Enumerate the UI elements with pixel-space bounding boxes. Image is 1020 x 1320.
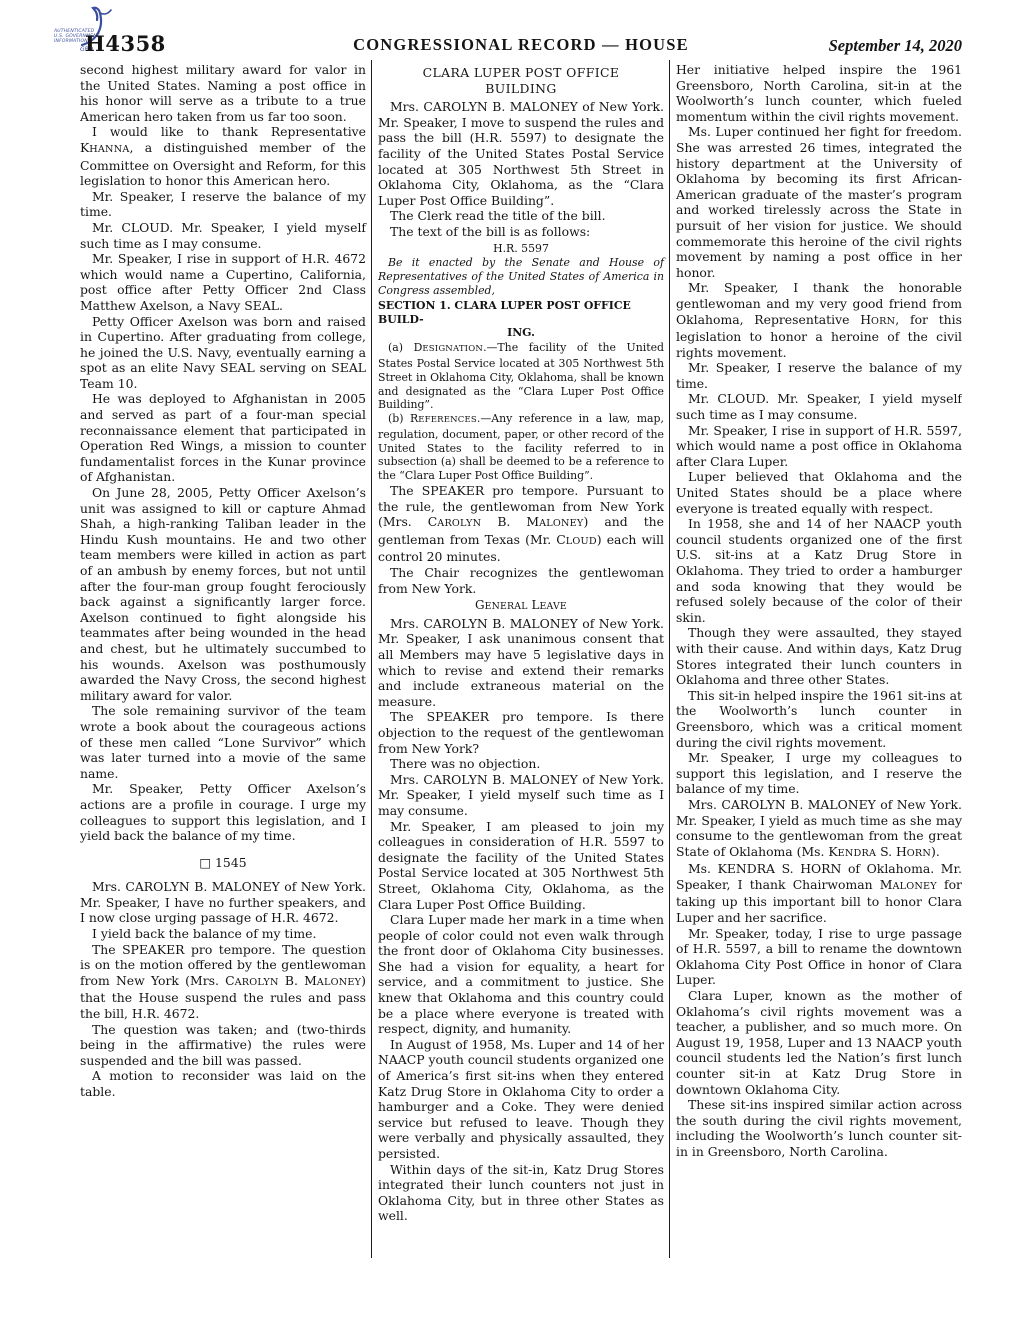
paragraph: Mrs. CAROLYN B. MALONEY of New York. Mr.… [676, 797, 962, 861]
paragraph: There was no objection. [378, 756, 664, 772]
paragraph: The Clerk read the title of the bill. [378, 208, 664, 224]
paragraph: Mr. Speaker, I rise in support of H.R. 5… [676, 423, 962, 470]
bill-section-heading: SECTION 1. CLARA LUPER POST OFFICE BUILD… [378, 299, 664, 340]
paragraph: The SPEAKER pro tempore. Pursuant to the… [378, 483, 664, 565]
paragraph: The Chair recognizes the gentlewoman fro… [378, 565, 664, 596]
paragraph: Ms. KENDRA S. HORN of Oklahoma. Mr. Spea… [676, 861, 962, 925]
paragraph: Mr. Speaker, I reserve the balance of my… [676, 360, 962, 391]
page-body: second highest military award for valor … [80, 62, 962, 1262]
paragraph: Ms. Luper continued her fight for freedo… [676, 124, 962, 280]
paragraph: Petty Officer Axelson was born and raise… [80, 314, 366, 392]
paragraph: Mr. Speaker, I thank the honorable gentl… [676, 280, 962, 360]
paragraph: Clara Luper made her mark in a time when… [378, 912, 664, 1037]
paragraph: I would like to thank Representative KHA… [80, 124, 366, 188]
paragraph: He was deployed to Afghanistan in 2005 a… [80, 391, 366, 485]
paragraph: Mrs. CAROLYN B. MALONEY of New York. Mr.… [80, 879, 366, 926]
paragraph: Mr. Speaker, I urge my colleagues to sup… [676, 750, 962, 797]
paragraph: (a) DESIGNATION.—The facility of the Uni… [378, 341, 664, 412]
paragraph: Mr. Speaker, Petty Officer Axelson’s act… [80, 781, 366, 843]
paragraph: Mr. Speaker, I reserve the balance of my… [80, 189, 366, 220]
paragraph: In August of 1958, Ms. Luper and 14 of h… [378, 1037, 664, 1162]
text-column-2: CLARA LUPER POST OFFICEBUILDINGMrs. CARO… [378, 62, 664, 1262]
paragraph: Mr. Speaker, today, I rise to urge passa… [676, 926, 962, 988]
paragraph: Mr. Speaker, I rise in support of H.R. 4… [80, 251, 366, 313]
paragraph: Though they were assaulted, they stayed … [676, 625, 962, 687]
paragraph: The text of the bill is as follows: [378, 224, 664, 240]
paragraph: Luper believed that Oklahoma and the Uni… [676, 469, 962, 516]
paragraph: The sole remaining survivor of the team … [80, 703, 366, 781]
section-title: CLARA LUPER POST OFFICEBUILDING [378, 65, 664, 96]
paragraph: Mrs. CAROLYN B. MALONEY of New York. Mr.… [378, 99, 664, 208]
paragraph: This sit-in helped inspire the 1961 sit-… [676, 688, 962, 750]
text-column-1: second highest military award for valor … [80, 62, 366, 1262]
paragraph: A motion to reconsider was laid on the t… [80, 1068, 366, 1099]
paragraph: (b) REFERENCES.—Any reference in a law, … [378, 412, 664, 483]
paragraph: Mr. CLOUD. Mr. Speaker, I yield myself s… [676, 391, 962, 422]
paragraph: I yield back the balance of my time. [80, 926, 366, 942]
paragraph: Mr. CLOUD. Mr. Speaker, I yield myself s… [80, 220, 366, 251]
paragraph: Her initiative helped inspire the 1961 G… [676, 62, 962, 124]
paragraph: Mrs. CAROLYN B. MALONEY of New York. Mr.… [378, 772, 664, 819]
paragraph: In 1958, she and 14 of her NAACP youth c… [676, 516, 962, 625]
paragraph: Mr. Speaker, I am pleased to join my col… [378, 819, 664, 913]
paragraph: The SPEAKER pro tempore. The question is… [80, 942, 366, 1022]
bill-number: H.R. 5597 [378, 242, 664, 256]
paragraph: These sit-ins inspired similar action ac… [676, 1097, 962, 1159]
enacting-clause: Be it enacted by the Senate and House of… [378, 256, 664, 297]
page-header: H4358 CONGRESSIONAL RECORD — HOUSE Septe… [80, 26, 962, 56]
paragraph: Mrs. CAROLYN B. MALONEY of New York. Mr.… [378, 616, 664, 710]
paragraph: The SPEAKER pro tempore. Is there object… [378, 709, 664, 756]
paragraph: second highest military award for valor … [80, 62, 366, 124]
text-column-3: Her initiative helped inspire the 1961 G… [676, 62, 962, 1262]
paragraph: Within days of the sit-in, Katz Drug Sto… [378, 1162, 664, 1224]
subsection-title: GENERAL LEAVE [378, 598, 664, 615]
paragraph: On June 28, 2005, Petty Officer Axelson’… [80, 485, 366, 703]
record-date: September 14, 2020 [829, 36, 962, 56]
paragraph: Clara Luper, known as the mother of Okla… [676, 988, 962, 1097]
paragraph: The question was taken; and (two-thirds … [80, 1022, 366, 1069]
congressional-record-page: AUTHENTICATED U.S. GOVERNMENT INFORMATIO… [0, 0, 1020, 1320]
time-marker: □ 1545 [80, 855, 366, 871]
